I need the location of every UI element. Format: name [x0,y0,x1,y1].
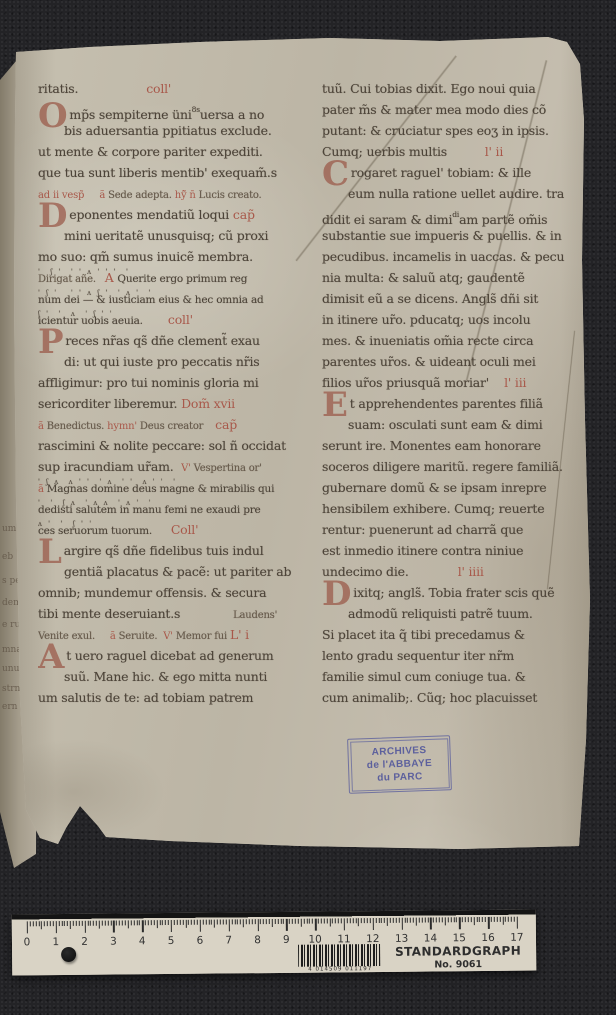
ruler-tick [50,921,51,926]
ruler-tick [378,918,379,923]
ruler-tick [162,920,163,925]
ruler-tick [110,921,111,926]
ruler-tick [159,920,160,925]
text-line: mini ueritatẽ unusquisq; cũ proxi [38,225,324,246]
manuscript-text: di: ut qui iuste pro peccatis nr̃is [64,354,260,369]
text-line: Deponentes mendatiũ loqui cap̃ [38,204,324,225]
ruler-tick [226,919,227,924]
ruler-tick [99,921,100,929]
ruler-tick [456,917,457,922]
manuscript-text: affligimur: pro tui nominis gloria mi [38,375,259,390]
ruler-tick [64,921,65,926]
neume-marks: ' ' ʃ ʌ ' ʌ ʌ ' ʌ ' ' [38,493,153,514]
archive-stamp: ARCHIVES de l'ABBAYE du PARC [347,735,452,794]
ruler-tick [133,920,134,925]
ruler-tick [370,918,371,923]
rubric-text: ã [99,190,108,201]
ruler-tick [180,920,181,925]
manuscript-text: reces nr̃as qs̃ dñe clement̃ exau [65,333,259,348]
manuscript-text: admodũ reliquisti patrẽ tuum. [348,606,533,621]
manuscript-text: Deus creator [140,421,215,432]
text-line: dimisit eũ a se dicens. Angls̃ dñi sit [322,288,584,309]
ruler-tick [229,919,231,931]
ruler-tick [269,919,270,924]
manuscript-text [78,81,146,96]
ruler-tick [67,921,68,926]
ruler-tick [53,921,54,926]
ruler-tick [482,917,483,922]
ruler-tick [113,921,115,933]
ruler-tick [517,917,519,929]
text-line: tibi mente deseruiant.s Laudens' [38,603,324,624]
ruler-tick [237,919,238,924]
ruler-tick [30,921,31,926]
text-line: ad ii vesp̃ ã Sede adepta. hȳ̃ n̄ Lucis… [38,183,324,204]
manuscript-text: gentiã placatus & pacẽ: ut pariter ab [64,564,291,579]
text-line: ʃ ' ' ʌ ' ʃ ' 'icientur uobis aeuia. col… [38,309,324,330]
ruler-tick [280,919,281,924]
ruler-tick [502,917,503,925]
manuscript-text: t uero raguel dicebat ad generum [66,648,273,663]
ruler-tick [286,919,288,931]
ruler-number: 7 [219,934,239,946]
ruler-tick [214,920,215,928]
ruler-tick [203,920,204,925]
ruler-tick [396,918,397,923]
ruler-tick [223,919,224,924]
ruler-tick [44,921,45,926]
ruler-tick [407,918,408,923]
ruler-number: 3 [103,935,123,947]
ruler-number: 8 [247,934,267,946]
ruler-tick [93,921,94,926]
text-line: di: ut qui iuste pro peccatis nr̃is [38,351,324,372]
rubric-text: hȳ̃ n̄ [175,190,199,201]
text-line: familie simul cum coniuge tua. & [322,666,584,687]
ruler-tick [445,917,446,925]
ruler-tick [122,920,123,925]
ruler-tick [47,921,48,926]
rubric-text: l' iiii [458,564,484,579]
ruler-tick [511,917,512,922]
ruler-tick [231,919,232,924]
ruler-tick [240,919,241,924]
ruler-tick [364,918,365,923]
manuscript-text: um salutis de te: ad tobiam patrem [38,690,253,705]
text-line: mes. & inueniatis om̃ia recte circa [322,330,584,351]
manuscript-text: est inmedio itinere contra niniue [322,543,523,558]
manuscript-text: Vespertina or' [194,463,262,474]
manuscript-text [180,606,233,621]
manuscript-text: soceros diligere maritũ. regere familia… [322,459,563,474]
ruler-tick [243,919,244,927]
manuscript-text: cum animalib;. Cũq; hoc placuisset [322,690,537,705]
text-line: Et apprehendentes parentes filiã [322,393,584,414]
ruler-tick [494,917,495,922]
ruler-number: 4 [132,935,152,947]
ruler-tick [312,919,313,924]
ruler-tick [471,917,472,922]
ruler-tick [338,918,339,923]
ruler-tick [439,917,440,922]
ruler-tick [381,918,382,923]
text-line: Crogaret raguel' tobiam: & ille [322,162,584,183]
ruler-number: 15 [449,932,469,944]
manuscript-text: Seruite. [119,631,164,642]
ruler-tick [326,918,327,923]
rubric-text: Coll' [171,522,199,537]
ruler-tick [257,919,259,931]
ruler-tick [306,919,307,924]
ruler-tick [373,918,375,930]
ruler-tick [125,920,126,925]
manuscript-text: argire qs̃ dñe fidelibus tuis indul [64,543,264,558]
text-line: ã Benedictus. hymn' Deus creator cap̃ [38,414,324,435]
ruler-tick [387,918,388,926]
ruler-tick [401,918,403,930]
ruler-tick [485,917,486,922]
manuscript-text: omnib; mundemur offensis. & secura [38,585,266,600]
ruler-tick [107,921,108,926]
manuscript-text: mini ueritatẽ unusquisq; cũ proxi [64,228,268,243]
ruler-number: 16 [478,932,498,944]
ruler-tick [208,920,209,925]
ruler-tick [350,918,351,923]
ruler-tick [416,918,417,926]
ruler-tick [246,919,247,924]
ruler-tick [390,918,391,923]
ruler-tick [84,921,86,933]
ruler-tick [422,918,423,923]
ruler-tick [105,921,106,926]
text-line: cum animalib;. Cũq; hoc placuisset [322,687,584,708]
manuscript-text: rogaret raguel' tobiam: & ille [351,165,531,180]
text-line: pater m̃s & mater mea modo dies cõ [322,99,584,120]
ruler-tick [90,921,91,926]
ruler-tick [433,917,434,922]
ruler-brand-label: STANDARDGRAPH [388,944,528,959]
ruler-tick [399,918,400,923]
ruler-tick [249,919,250,924]
manuscript-text: parentes ur̃os. & uideant oculi mei [322,354,536,369]
ruler-tick [174,920,175,925]
manuscript-page: ritatis. coll'Omp̃s sempiterne üni8suer… [0,0,616,1015]
manuscript-text [84,186,99,201]
ruler-tick [217,920,218,925]
text-line: parentes ur̃os. & uideant oculi mei [322,351,584,372]
manuscript-text: Sede adepta. [108,190,175,201]
barcode-digits: 4 014509 011197 [294,966,386,973]
ruler-tick [194,920,195,925]
manuscript-text: pater m̃s & mater mea modo dies cõ [322,102,546,117]
ruler-tick [289,919,290,924]
rubric-text: coll' [168,312,193,327]
text-line: Si placet ita q̃ tibi precedamus & [322,624,584,645]
ruler-tick [283,919,284,924]
manuscript-text: sericorditer liberemur. [38,396,181,411]
text-line: bis aduersantia ppitiatus exclude. [38,120,324,141]
ruler-tick [272,919,273,927]
text-line: ʌ ' ' ʃ ' 'ces seruorum tuorum. Coll' [38,519,324,540]
ruler-tick [136,920,137,925]
manuscript-text: rentur: puenerunt ad charrã que [322,522,523,537]
rubric-text: l' ii [485,144,503,159]
ruler-number: 14 [420,932,440,944]
manuscript-text: t apprehendentes parentes filiã [350,396,543,411]
text-line: in itinere ur̃o. pducatq; uos incolu [322,309,584,330]
ruler-tick [473,917,474,925]
manuscript-text: lento gradu sequentur iter nr̃m [322,648,514,663]
ruler-tick [139,920,140,925]
ruler-tick [148,920,149,925]
text-line: Omp̃s sempiterne üni8suersa a no [38,99,324,120]
text-line: filios ur̃os priusquã moriar' l' iii [322,372,584,393]
ruler-tick [82,921,83,926]
ruler-number: 2 [75,936,95,948]
manuscript-text: substantie sue impueris & puellis. & in [322,228,562,243]
text-line: um salutis de te: ad tobiam patrem [38,687,324,708]
ruler-tick [324,919,325,924]
ruler-tick [211,920,212,925]
ruler-tick [79,921,80,926]
ruler-tick [442,917,443,922]
rubric-text: V' [163,631,176,642]
ruler-tick [171,920,173,932]
text-line: rentur: puenerunt ad charrã que [322,519,584,540]
text-line: undecimo die. l' iiii [322,561,584,582]
ruler-tick [292,919,293,924]
text-line: gubernare domũ & se ipsam inrepre [322,477,584,498]
manuscript-text: dimisit eũ a se dicens. Angls̃ dñi sit [322,291,538,306]
ruler-tick [154,920,155,925]
ruler-tick [182,920,183,925]
ruler-tick [355,918,356,923]
ruler-tick [220,920,221,925]
manuscript-text: in itinere ur̃o. pducatq; uos incolu [322,312,530,327]
ruler-tick [35,921,36,926]
ruler-tick [352,918,353,923]
ruler-tick [384,918,385,923]
manuscript-text: pecudibus. incamelis in uaccas. & pecu [322,249,564,264]
manuscript-text: familie simul cum coniuge tua. & [322,669,526,684]
ruler-tick [318,919,319,924]
stamp-line: du PARC [352,769,448,785]
ruler-tick [430,917,432,929]
text-line: Venite exul. ã Seruite. V' Memor fui L'… [38,624,324,645]
ruler-tick [453,917,454,922]
manuscript-text: Memor fui [176,631,230,642]
ruler-tick [145,920,146,925]
manuscript-text: ritatis. [38,81,78,96]
ruler-tick [413,918,414,923]
archive-stamp-text: ARCHIVES de l'ABBAYE du PARC [350,738,450,791]
manuscript-text: bis aduersantia ppitiatus exclude. [64,123,272,138]
manuscript-text: eum nulla ratione uellet audire. tra [348,186,564,201]
text-column-right: tuũ. Cui tobias dixit. Ego noui quiapat… [322,78,584,726]
ruler-tick [332,918,333,923]
ruler-tick [459,917,461,929]
neume-marks: ' ʃ ' ' ' ʌ ' ' ' ' [38,262,130,283]
text-line: sericorditer liberemur. Dom̃ xvii [38,393,324,414]
ruler-tick [476,917,477,922]
text-line: putant: & cruciatur spes eoʒ in ipsis. [322,120,584,141]
text-line: affligimur: pro tui nominis gloria mi [38,372,324,393]
text-line: omnib; mundemur offensis. & secura [38,582,324,603]
neume-marks: ' ʃ ʌ ʌ ' ' ' ʌ ' ' ʌ ' ' ' [38,472,177,493]
ruler-tick [96,921,97,926]
manuscript-text: serunt ire. Monentes eam honorare [322,438,541,453]
ruler-tick [168,920,169,925]
text-line: suũ. Mane hic. & ego mitta nunti [38,666,324,687]
text-line: eum nulla ratione uellet audire. tra [322,183,584,204]
ruler-tick [188,920,189,925]
rubric-text: V' [181,463,194,474]
text-line: admodũ reliquisti patrẽ tuum. [322,603,584,624]
ruler-tick [61,921,62,926]
ruler-tick [404,918,405,923]
ruler-tick [465,917,466,922]
ruler-tick [128,920,129,928]
ruler-tick [361,918,362,923]
text-line: est inmedio itinere contra niniue [322,540,584,561]
ruler-tick [263,919,264,924]
ruler-tick [410,918,411,923]
manuscript-text: ut mente & corpore pariter expediti. [38,144,263,159]
ruler-tick [505,917,506,922]
text-line: ut mente & corpore pariter expediti. [38,141,324,162]
ruler-number: 1 [46,936,66,948]
manuscript-text: mes. & inueniatis om̃ia recte circa [322,333,533,348]
manuscript-text: suũ. Mane hic. & ego mitta nunti [64,669,267,684]
ruler-tick [344,918,346,930]
rubric-text: hymn' [107,421,140,432]
rubric-text: ã [110,631,119,642]
ruler-tick [448,917,449,922]
ruler-number: 9 [276,934,296,946]
neume-marks: ' ʃ ' ' ' ʌ ʃ ' ' ʌ ' ' [38,283,152,304]
ruler-hole [61,947,76,962]
rubric-text: l' iii [504,375,526,390]
ruler-tick [375,918,376,923]
text-line: Largire qs̃ dñe fidelibus tuis indul [38,540,324,561]
ruler-tick [329,918,330,926]
ruler-model-label: No. 9061 [388,959,528,971]
text-line: ritatis. coll' [38,78,324,99]
text-line: rascimini & nolite peccare: sol ñ occid… [38,435,324,456]
barcode [298,944,380,967]
ruler-tick [252,919,253,924]
ruler-tick [165,920,166,925]
manuscript-photo: um kebs peudem'e ruertmnaunustrnern de r… [0,0,616,1015]
ruler-tick [142,920,144,932]
text-line: tuũ. Cui tobias dixit. Ego noui quia [322,78,584,99]
manuscript-text: filios ur̃os priusquã moriar' [322,375,504,390]
ruler-tick [303,919,304,924]
text-column-left: ritatis. coll'Omp̃s sempiterne üni8suer… [38,78,324,726]
rubric-text: cap̃ [215,417,237,432]
ruler-tick [131,920,132,925]
ruler-tick [38,921,39,926]
ruler-tick [497,917,498,922]
ruler-tick [491,917,492,922]
text-line: nia multa: & saluũ atq; gaudentẽ [322,267,584,288]
ruler-tick [254,919,255,924]
text-line: Cumq; uerbis multis l' ii [322,141,584,162]
ruler-tick [341,918,342,923]
manuscript-text: hensibilem exhibere. Cumq; reuerte [322,501,544,516]
ruler-tick [76,921,77,926]
ruler-tick [205,920,206,925]
ruler-tick [27,921,29,933]
ruler-tick [436,917,437,922]
ruler-tick [468,917,469,922]
rubric-text: coll' [146,81,171,96]
ruler-tick [295,919,296,924]
text-line: gentiã placatus & pacẽ: ut pariter ab [38,561,324,582]
manuscript-text: 8s [192,105,200,114]
ruler-tick [393,918,394,923]
ruler-tick [156,920,157,928]
manuscript-text: que tua sunt liberis mentib' exequam̃.s [38,165,277,180]
ruler: 01234567891011121314151617 4 014509 0111… [12,909,537,975]
text-line: que tua sunt liberis mentib' exequam̃.s [38,162,324,183]
ruler-tick [462,917,463,922]
ruler-tick [56,921,58,933]
ruler-tick [234,919,235,924]
ruler-tick [298,919,299,924]
ruler-tick [367,918,368,923]
ruler-tick [309,919,310,924]
text-line: serunt ire. Monentes eam honorare [322,435,584,456]
ruler-tick [119,920,120,925]
ruler-tick [479,917,480,922]
rubric-text: ã [38,421,47,432]
ruler-tick [427,918,428,923]
ruler-tick [488,917,490,929]
ruler-tick [358,918,359,926]
ruler-number: 13 [392,933,412,945]
manuscript-text: putant: & cruciatur spes eoʒ in ipsis. [322,123,549,138]
ruler-tick [499,917,500,922]
text-line: didit ei saram & dimidiam partẽ om̃is [322,204,584,225]
rubric-text: cap̃ [233,207,255,222]
manuscript-text: gubernare domũ & se ipsam inrepre [322,480,546,495]
manuscript-text: tuũ. Cui tobias dixit. Ego noui quia [322,81,536,96]
text-line: soceros diligere maritũ. regere familia… [322,456,584,477]
manuscript-text: eponentes mendatiũ loqui [69,207,233,222]
ruler-tick [70,921,71,929]
ruler-number: 0 [17,936,37,948]
ruler-tick [321,919,322,924]
ruler-tick [87,921,88,926]
manuscript-text: Si placet ita q̃ tibi precedamus & [322,627,525,642]
ruler-tick [116,921,117,926]
manuscript-text: Laudens' [233,610,277,621]
ruler-tick [275,919,276,924]
ruler-tick [277,919,278,924]
ruler-number: 5 [161,935,181,947]
text-line: At uero raguel dicebat ad generum [38,645,324,666]
manuscript-text: Lucis creato. [199,190,262,201]
ruler-number: 17 [507,932,527,944]
ruler-tick [347,918,348,923]
ruler-tick [315,919,317,931]
rubric-text: L' i [230,627,249,642]
rubric-text: Dom̃ xvii [181,396,235,411]
ruler-tick [335,918,336,923]
ruler-number: 6 [190,935,210,947]
ruler-tick [197,920,198,925]
